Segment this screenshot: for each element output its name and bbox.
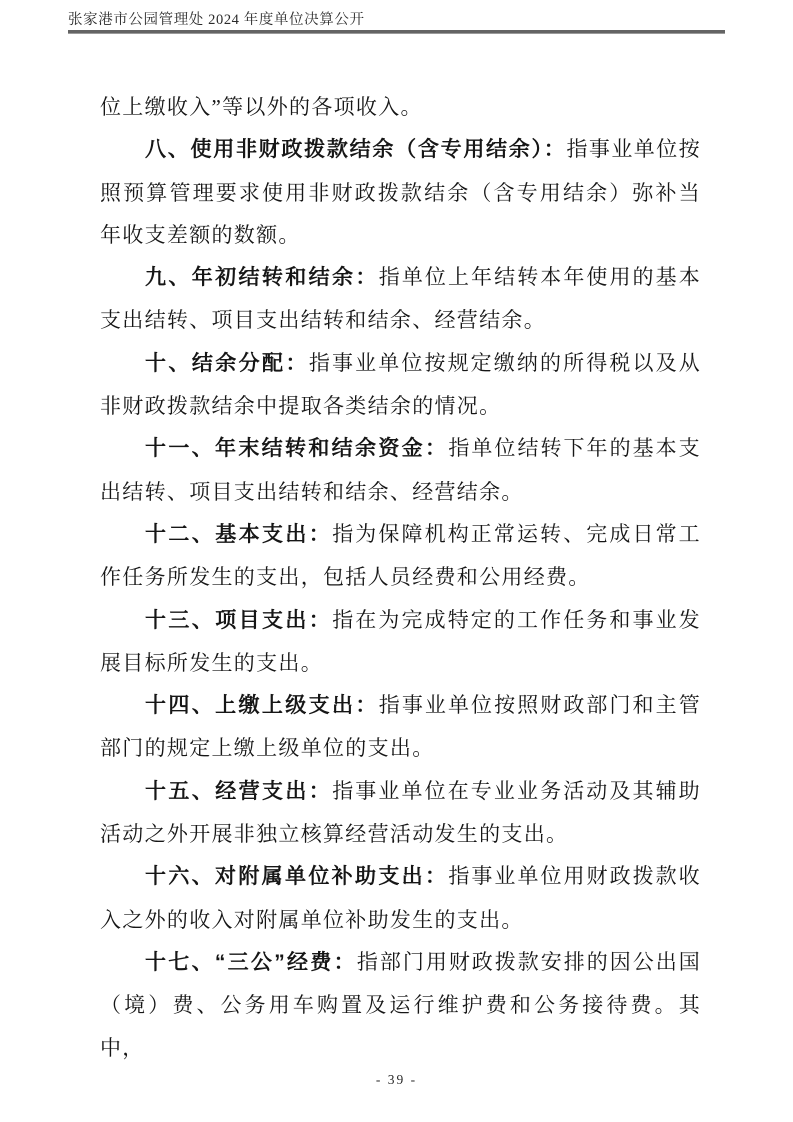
page-header: 张家港市公园管理处 2024 年度单位决算公开 [68, 12, 725, 29]
definition-paragraph: 十二、基本支出：指为保障机构正常运转、完成日常工作任务所发生的支出，包括人员经费… [100, 513, 701, 599]
page-number: - 39 - [376, 1072, 417, 1087]
page-footer: - 39 - [0, 1072, 793, 1088]
term-label: 十三、项目支出： [145, 609, 332, 632]
paragraph-continuation: 位上缴收入”等以外的各项收入。 [100, 86, 701, 128]
definition-paragraph: 八、使用非财政拨款结余（含专用结余）：指事业单位按照预算管理要求使用非财政拨款结… [100, 128, 701, 256]
term-label: 十四、上缴上级支出： [145, 694, 379, 717]
definition-paragraph: 十六、对附属单位补助支出：指事业单位用财政拨款收入之外的收入对附属单位补助发生的… [100, 855, 701, 941]
term-label: 九、年初结转和结余： [145, 266, 379, 289]
term-label: 十二、基本支出： [145, 523, 332, 546]
definition-paragraph: 十、结余分配：指事业单位按规定缴纳的所得税以及从非财政拨款结余中提取各类结余的情… [100, 342, 701, 428]
term-label: 十六、对附属单位补助支出： [145, 865, 448, 888]
term-label: 十五、经营支出： [145, 780, 332, 803]
definition-paragraph: 十三、项目支出：指在为完成特定的工作任务和事业发展目标所发生的支出。 [100, 599, 701, 685]
header-title: 张家港市公园管理处 2024 年度单位决算公开 [68, 12, 725, 29]
definition-paragraph: 十五、经营支出：指事业单位在专业业务活动及其辅助活动之外开展非独立核算经营活动发… [100, 770, 701, 856]
term-label: 十一、年末结转和结余资金： [145, 437, 448, 460]
term-label: 八、使用非财政拨款结余（含专用结余）： [145, 138, 567, 161]
term-label: 十七、“三公”经费： [145, 951, 357, 974]
header-rule [68, 30, 725, 34]
document-body: 位上缴收入”等以外的各项收入。 八、使用非财政拨款结余（含专用结余）：指事业单位… [100, 86, 701, 1069]
definition-paragraph: 十四、上缴上级支出：指事业单位按照财政部门和主管部门的规定上缴上级单位的支出。 [100, 684, 701, 770]
definition-paragraph: 十一、年末结转和结余资金：指单位结转下年的基本支出结转、项目支出结转和结余、经营… [100, 427, 701, 513]
document-page: 张家港市公园管理处 2024 年度单位决算公开 位上缴收入”等以外的各项收入。 … [0, 0, 793, 1122]
term-label: 十、结余分配： [145, 352, 309, 375]
definition-paragraph: 九、年初结转和结余：指单位上年结转本年使用的基本支出结转、项目支出结转和结余、经… [100, 256, 701, 342]
definition-paragraph: 十七、“三公”经费：指部门用财政拨款安排的因公出国（境）费、公务用车购置及运行维… [100, 941, 701, 1069]
